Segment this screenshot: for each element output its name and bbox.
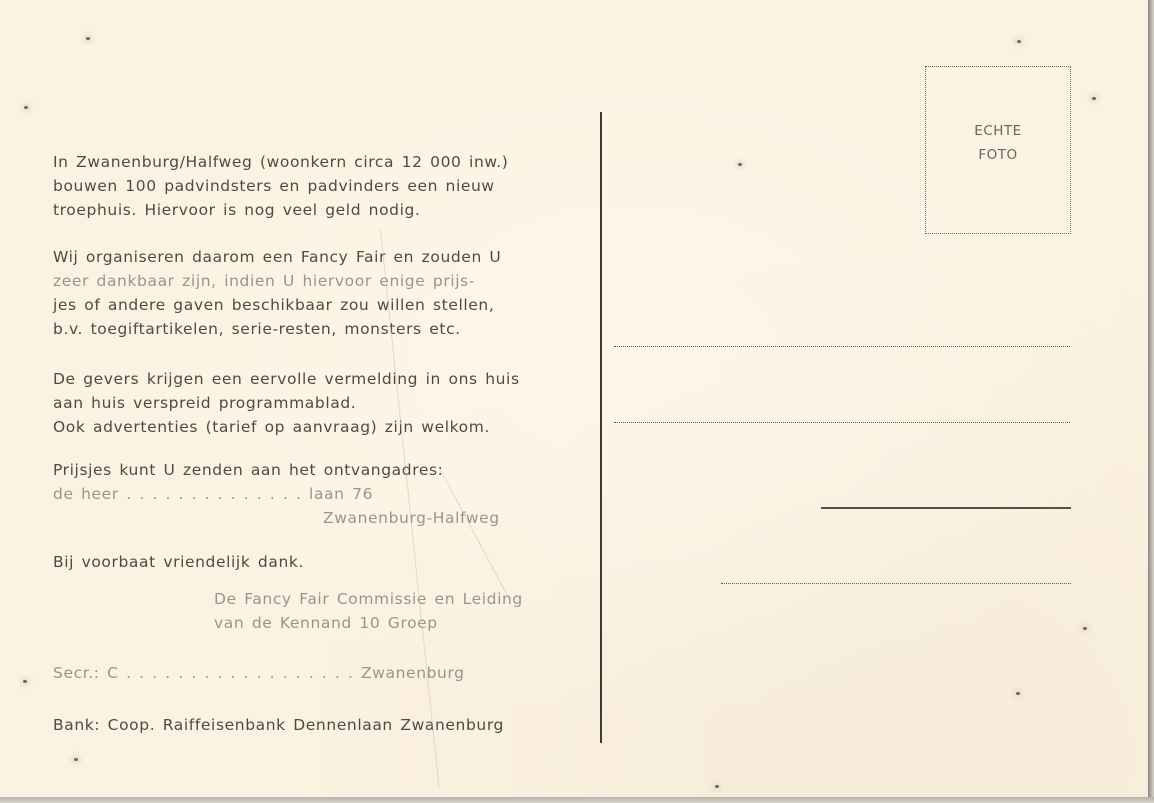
- stamp-label: ECHTE FOTO: [926, 119, 1070, 167]
- message-paragraph-2: Wij organiseren daarom een Fancy Fair en…: [53, 245, 588, 341]
- paper-speck: [23, 680, 27, 683]
- text-line: Prijsjes kunt U zenden aan het ontvangad…: [53, 458, 588, 482]
- paper-speck: [1083, 627, 1087, 630]
- text-line: van de Kennand 10 Groep: [214, 611, 594, 635]
- text-line: Ook advertenties (tarief op aanvraag) zi…: [53, 415, 588, 439]
- address-line-1: [614, 346, 1070, 347]
- postcard-back: In Zwanenburg/Halfweg (woonkern circa 12…: [0, 0, 1148, 797]
- text-line: bouwen 100 padvindsters en padvinders ee…: [53, 174, 588, 198]
- address-line-3: [821, 507, 1071, 509]
- message-paragraph-3: De gevers krijgen een eervolle vermeldin…: [53, 367, 588, 439]
- paper-speck: [74, 758, 78, 761]
- address-line-4: [721, 583, 1071, 584]
- text-line: de heer . . . . . . . . . . . . . . laan…: [53, 482, 588, 506]
- text-line: jes of andere gaven beschikbaar zou will…: [53, 293, 588, 317]
- text-line: zeer dankbaar zijn, indien U hiervoor en…: [53, 269, 588, 293]
- text-line: In Zwanenburg/Halfweg (woonkern circa 12…: [53, 150, 588, 174]
- card-edge-shadow-bottom: [0, 797, 1154, 803]
- text-line: troephuis. Hiervoor is nog veel geld nod…: [53, 198, 588, 222]
- closing-line: Bij voorbaat vriendelijk dank.: [53, 550, 588, 574]
- paper-speck: [1092, 97, 1096, 100]
- address-line-2: [614, 422, 1070, 423]
- message-paragraph-1: In Zwanenburg/Halfweg (woonkern circa 12…: [53, 150, 588, 222]
- stamp-label-line-2: FOTO: [926, 143, 1070, 167]
- paper-speck: [738, 163, 742, 166]
- text-line: De Fancy Fair Commissie en Leiding: [214, 587, 594, 611]
- signature-block: De Fancy Fair Commissie en Leiding van d…: [214, 587, 594, 635]
- paper-speck: [1017, 40, 1021, 43]
- paper-speck: [24, 106, 28, 109]
- bank-line: Bank: Coop. Raiffeisenbank Dennenlaan Zw…: [53, 713, 588, 737]
- message-paragraph-4: Prijsjes kunt U zenden aan het ontvangad…: [53, 458, 588, 530]
- text-line: Wij organiseren daarom een Fancy Fair en…: [53, 245, 588, 269]
- text-line: b.v. toegiftartikelen, serie-resten, mon…: [53, 317, 588, 341]
- text-line: Zwanenburg-Halfweg: [53, 506, 588, 530]
- card-edge-shadow-right: [1148, 0, 1154, 803]
- stamp-box: ECHTE FOTO: [925, 66, 1071, 234]
- paper-speck: [86, 37, 90, 40]
- text-line: De gevers krijgen een eervolle vermeldin…: [53, 367, 588, 391]
- text-line: aan huis verspreid programmablad.: [53, 391, 588, 415]
- paper-speck: [715, 785, 719, 788]
- stamp-label-line-1: ECHTE: [926, 119, 1070, 143]
- center-divider: [600, 112, 602, 743]
- text-line: Secr.: C . . . . . . . . . . . . . . . .…: [53, 661, 588, 685]
- secretary-line: Secr.: C . . . . . . . . . . . . . . . .…: [53, 661, 588, 685]
- text-line: Bank: Coop. Raiffeisenbank Dennenlaan Zw…: [53, 713, 588, 737]
- text-line: Bij voorbaat vriendelijk dank.: [53, 550, 588, 574]
- paper-speck: [1016, 692, 1020, 695]
